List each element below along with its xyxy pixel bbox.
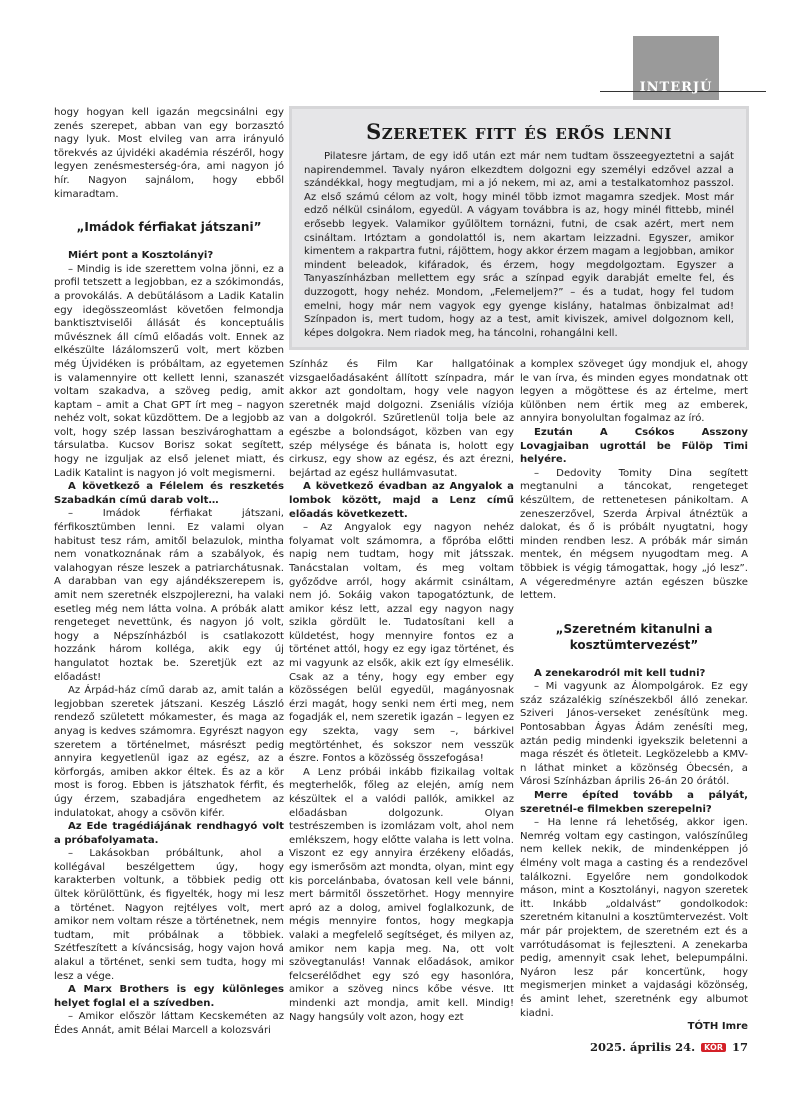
question: Merre építed tovább a pályát, szeretnél-…: [520, 789, 748, 816]
article-column-1: hogy hogyan kell igazán megcsinálni egy …: [54, 106, 284, 1038]
subheading: „Imádok férfiakat játszani”: [54, 219, 284, 235]
sidebar-box: Szeretek fitt és erős lenni Pilatesre já…: [289, 106, 749, 350]
box-text: Pilatesre jártam, de egy idő után ezt má…: [304, 150, 734, 340]
page-footer: 2025. április 24.KÓR17: [560, 1040, 748, 1054]
magazine-page: INTERJÚ hogy hogyan kell igazán megcsiná…: [0, 0, 800, 1102]
box-title: Szeretek fitt és erős lenni: [292, 119, 746, 144]
answer: – Amikor először láttam Kecskeméten az É…: [54, 1010, 284, 1037]
answer: – Mindig is ide szerettem volna jönni, e…: [54, 263, 284, 481]
article-column-2: Színház és Film Kar hallgatóinak vizsgae…: [289, 358, 514, 1024]
paragraph: Színház és Film Kar hallgatóinak vizsgae…: [289, 358, 514, 480]
answer: – Ha lenne rá lehetőség, akkor igen. Nem…: [520, 816, 748, 1020]
question: A következő évadban az Angyalok a lombok…: [289, 480, 514, 521]
subheading: „Szeretném kitanulni a kosztümtervezést”: [520, 621, 748, 653]
byline: TÓTH Imre: [520, 1020, 748, 1034]
question: Miért pont a Kosztolányi?: [54, 249, 284, 263]
question: A Marx Brothers is egy különleges helyet…: [54, 983, 284, 1010]
answer: – Imádok férfiakat játszani, férfikosztü…: [54, 507, 284, 684]
answer: – Az Angyalok egy nagyon nehéz folyamat …: [289, 521, 514, 766]
paragraph: hogy hogyan kell igazán megcsinálni egy …: [54, 106, 284, 201]
question: A zenekarodról mit kell tudni?: [520, 667, 748, 681]
article-column-3: a komplex szöveget úgy mondjuk el, ahogy…: [520, 358, 748, 1034]
answer: – Lakásokban próbáltunk, ahol a kollégáv…: [54, 847, 284, 983]
question: Ezután A Csókos Asszony Lovagjaiban ugro…: [520, 426, 748, 467]
answer: – Mi vagyunk az Álompolgárok. Ez egy szá…: [520, 680, 748, 789]
page-number: 17: [732, 1040, 748, 1054]
answer: – Dedovity Tomity Dina segített megtanul…: [520, 467, 748, 603]
answer: Az Árpád-ház című darab az, amit talán a…: [54, 684, 284, 820]
section-label: INTERJÚ: [633, 80, 719, 95]
answer: A Lenz próbái inkább fizikailag voltak m…: [289, 766, 514, 1024]
paragraph: a komplex szöveget úgy mondjuk el, ahogy…: [520, 358, 748, 426]
publication-logo: KÓR: [701, 1043, 726, 1052]
question: A következő a Félelem és reszketés Szaba…: [54, 480, 284, 507]
question: Az Ede tragédiájának rendhagyó volt a pr…: [54, 820, 284, 847]
issue-date: 2025. április 24.: [590, 1040, 695, 1054]
